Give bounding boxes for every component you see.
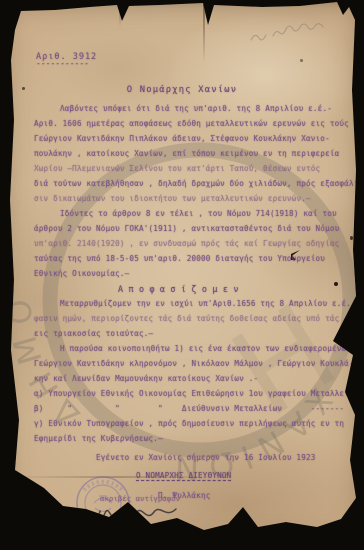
document-title: Ο Νομάρχης Χανίων xyxy=(0,85,364,95)
typed-line: διά τούτων κατεβλήθησαν , δηλαδή δραχμών… xyxy=(34,179,346,194)
typed-line: σιν δικαιωμάτων του ιδιοκτήτου των μεταλ… xyxy=(34,194,346,209)
typed-line: Εφημερίδι της Κυβερνήσεως.— xyxy=(34,434,346,449)
typed-line: κην καί Λεωνίδαν Μαμουνάκην κατοίκους Χα… xyxy=(34,374,346,389)
ink-speck xyxy=(350,236,353,240)
typed-line: γ) Εθνικόν Τυπογραφείον , πρός δημοσίευσ… xyxy=(34,419,346,434)
typed-line: α) Υπουργείον Εθνικής Οικονομίας Επιθεώρ… xyxy=(34,389,346,404)
typed-line: πουλάκην , κατοίκους Χανίων, επί τόπου κ… xyxy=(34,149,346,164)
typed-line: Γεώργιον Καντιδάκην κληρονόμον , Νικόλαο… xyxy=(34,359,346,374)
typed-line: Η παρούσα κοινοποιηθήτω 1) εις ένα έκαστ… xyxy=(34,344,346,359)
typed-line: Εθνικής Οικονομίας.— xyxy=(34,269,346,284)
typed-line: φασιν ημών, περιορίζοντες τάς διά ταύτης… xyxy=(34,314,346,329)
fold-crease xyxy=(203,0,205,64)
ink-speck xyxy=(300,59,303,62)
typed-line: Α π ο φ α σ ί ζ ο μ ε ν xyxy=(34,284,346,299)
typed-line: υπ'αριθ. 2140(1920) , εν συνδυασμώ πρός … xyxy=(34,239,346,254)
typed-line: Ιδόντες το άρθρον 8 εν τέλει , του Νόμου… xyxy=(34,209,346,224)
reference-underline: ----------- xyxy=(36,59,97,68)
typed-line: Εγένετο εν Χανίοις σήμερον την 16 Ιουλίο… xyxy=(34,453,346,468)
reference-number-block: Αριθ. 3912 ----------- xyxy=(36,52,97,68)
typed-line: Γεώργιον Καντιδάκην Πιπλάκον άδειαν, Στέ… xyxy=(34,134,346,149)
typed-line: Λαβόντες υπόψει ότι διά της υπ'αριθ. της… xyxy=(34,104,346,119)
typed-line: Μεταρρυθμίζομεν την εν ισχύι υπ'Αριθ.165… xyxy=(34,299,346,314)
typed-line: Χωρίου —Πλεμενιανών Σελίνου του κατ'άρτι… xyxy=(34,164,346,179)
paper-sheet: ΔΗΜΟ ΧΑΝΙΩΝ Η Αριθ. 3912 ----------- Ο Ν… xyxy=(0,0,364,550)
typed-line: β) " " " Διεύθυνσιν Μεταλλείων ------- xyxy=(34,404,346,419)
scanned-document-page: ΔΗΜΟ ΧΑΝΙΩΝ Η Αριθ. 3912 ----------- Ο Ν… xyxy=(0,0,364,550)
ink-signature xyxy=(78,497,190,539)
typed-lines: Λαβόντες υπόψει ότι διά της υπ'αριθ. της… xyxy=(34,104,346,506)
typed-line: Αριθ. 1606 ημετέρας αποφάσεως εδόθη μετα… xyxy=(34,119,346,134)
pencil-note-handwriting xyxy=(245,12,341,52)
typed-line: εις τριακοσίας τοιαύτας.— xyxy=(34,329,346,344)
typed-line: άρθρου 2 του Νόμου ΓΟΚΑ'(1911) , αντικατ… xyxy=(34,224,346,239)
typed-line: ταύτας της υπό 18-5-05 υπ'αριθ. 20000 δι… xyxy=(34,254,346,269)
fold-crease xyxy=(119,0,121,28)
